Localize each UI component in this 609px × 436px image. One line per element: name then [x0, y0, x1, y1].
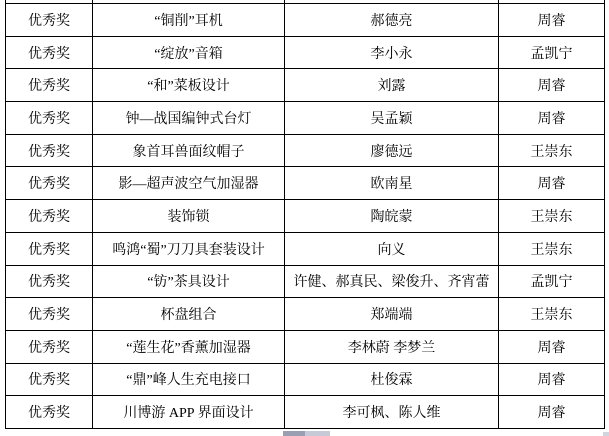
cell-award: 优秀奖: [6, 396, 93, 429]
table-row: 优秀奖装饰锁陶皖蒙王崇东: [6, 200, 605, 233]
cell-authors: 吴孟颖: [285, 102, 499, 135]
table-row: 优秀奖杯盘组合郑端端王崇东: [6, 298, 605, 331]
horizontal-scrollbar-fragment-light[interactable]: [305, 431, 330, 436]
cell-work: 影—超声波空气加湿器: [93, 167, 285, 200]
cell-award: 优秀奖: [6, 298, 93, 331]
cell-advisor: 周睿: [499, 363, 605, 396]
cell-award: 优秀奖: [6, 265, 93, 298]
cell-award: 优秀奖: [6, 232, 93, 265]
cell-authors: 陶皖蒙: [285, 200, 499, 233]
cell-authors: 杜俊霖: [285, 363, 499, 396]
cell-award: 优秀奖: [6, 134, 93, 167]
table-row: 优秀奖鸣鸿“蜀”刀刀具套装设计向义王崇东: [6, 232, 605, 265]
cell-authors: 刘露: [285, 69, 499, 102]
table-row: 优秀奖“莲生花”香薰加湿器李林蔚 李梦兰周睿: [6, 330, 605, 363]
cell-work: 杯盘组合: [93, 298, 285, 331]
cell-work: 川博游 APP 界面设计: [93, 396, 285, 429]
cell-authors: 李林蔚 李梦兰: [285, 330, 499, 363]
cell-advisor: 周睿: [499, 330, 605, 363]
cell-authors: 李小永: [285, 36, 499, 69]
cell-advisor: 王崇东: [499, 298, 605, 331]
cell-authors: 许健、郝真民、梁俊升、齐宵蕾: [285, 265, 499, 298]
cell-advisor: 周睿: [499, 167, 605, 200]
table-row: 优秀奖“鼎”峰人生充电接口杜俊霖周睿: [6, 363, 605, 396]
cell-work: “钫”茶具设计: [93, 265, 285, 298]
table-row: 优秀奖象首耳兽面纹帽子廖德远王崇东: [6, 134, 605, 167]
cell-work: “和”菜板设计: [93, 69, 285, 102]
cell-work: 钟—战国编钟式台灯: [93, 102, 285, 135]
cell-authors: 郑端端: [285, 298, 499, 331]
cell-award: 优秀奖: [6, 330, 93, 363]
cell-authors: 廖德远: [285, 134, 499, 167]
cell-work: “鼎”峰人生充电接口: [93, 363, 285, 396]
table-row: 优秀奖钟—战国编钟式台灯吴孟颖周睿: [6, 102, 605, 135]
cell-award: 优秀奖: [6, 4, 93, 37]
cell-advisor: 孟凯宁: [499, 265, 605, 298]
cell-award: 优秀奖: [6, 102, 93, 135]
cell-authors: 李可枫、陈人维: [285, 396, 499, 429]
table-row: 优秀奖“铜削”耳机郝德亮周睿: [6, 4, 605, 37]
cell-award: 优秀奖: [6, 363, 93, 396]
cell-work: “绽放”音箱: [93, 36, 285, 69]
cell-advisor: 周睿: [499, 69, 605, 102]
cell-award: 优秀奖: [6, 69, 93, 102]
corner-artifact: [603, 432, 609, 436]
cell-work: 象首耳兽面纹帽子: [93, 134, 285, 167]
table-row: 优秀奖川博游 APP 界面设计李可枫、陈人维周睿: [6, 396, 605, 429]
cell-work: 装饰锁: [93, 200, 285, 233]
table-row: 优秀奖“绽放”音箱李小永孟凯宁: [6, 36, 605, 69]
cell-advisor: 孟凯宁: [499, 36, 605, 69]
document-page: 优秀奖“铜削”耳机郝德亮周睿优秀奖“绽放”音箱李小永孟凯宁优秀奖“和”菜板设计刘…: [0, 0, 609, 436]
horizontal-scrollbar-fragment[interactable]: [283, 431, 305, 436]
table-row: 优秀奖影—超声波空气加湿器欧南星周睿: [6, 167, 605, 200]
cell-advisor: 周睿: [499, 396, 605, 429]
cell-authors: 郝德亮: [285, 4, 499, 37]
table-row: 优秀奖“和”菜板设计刘露周睿: [6, 69, 605, 102]
awards-table-body: 优秀奖“铜削”耳机郝德亮周睿优秀奖“绽放”音箱李小永孟凯宁优秀奖“和”菜板设计刘…: [6, 0, 605, 428]
awards-table: 优秀奖“铜削”耳机郝德亮周睿优秀奖“绽放”音箱李小永孟凯宁优秀奖“和”菜板设计刘…: [5, 0, 605, 429]
cell-advisor: 王崇东: [499, 200, 605, 233]
cell-award: 优秀奖: [6, 200, 93, 233]
cell-advisor: 周睿: [499, 4, 605, 37]
cell-work: “莲生花”香薰加湿器: [93, 330, 285, 363]
cell-advisor: 王崇东: [499, 232, 605, 265]
cell-award: 优秀奖: [6, 167, 93, 200]
cell-award: 优秀奖: [6, 36, 93, 69]
cell-authors: 欧南星: [285, 167, 499, 200]
cell-work: “铜削”耳机: [93, 4, 285, 37]
cell-authors: 向义: [285, 232, 499, 265]
cell-advisor: 周睿: [499, 102, 605, 135]
cell-advisor: 王崇东: [499, 134, 605, 167]
table-row: 优秀奖“钫”茶具设计许健、郝真民、梁俊升、齐宵蕾孟凯宁: [6, 265, 605, 298]
cell-work: 鸣鸿“蜀”刀刀具套装设计: [93, 232, 285, 265]
